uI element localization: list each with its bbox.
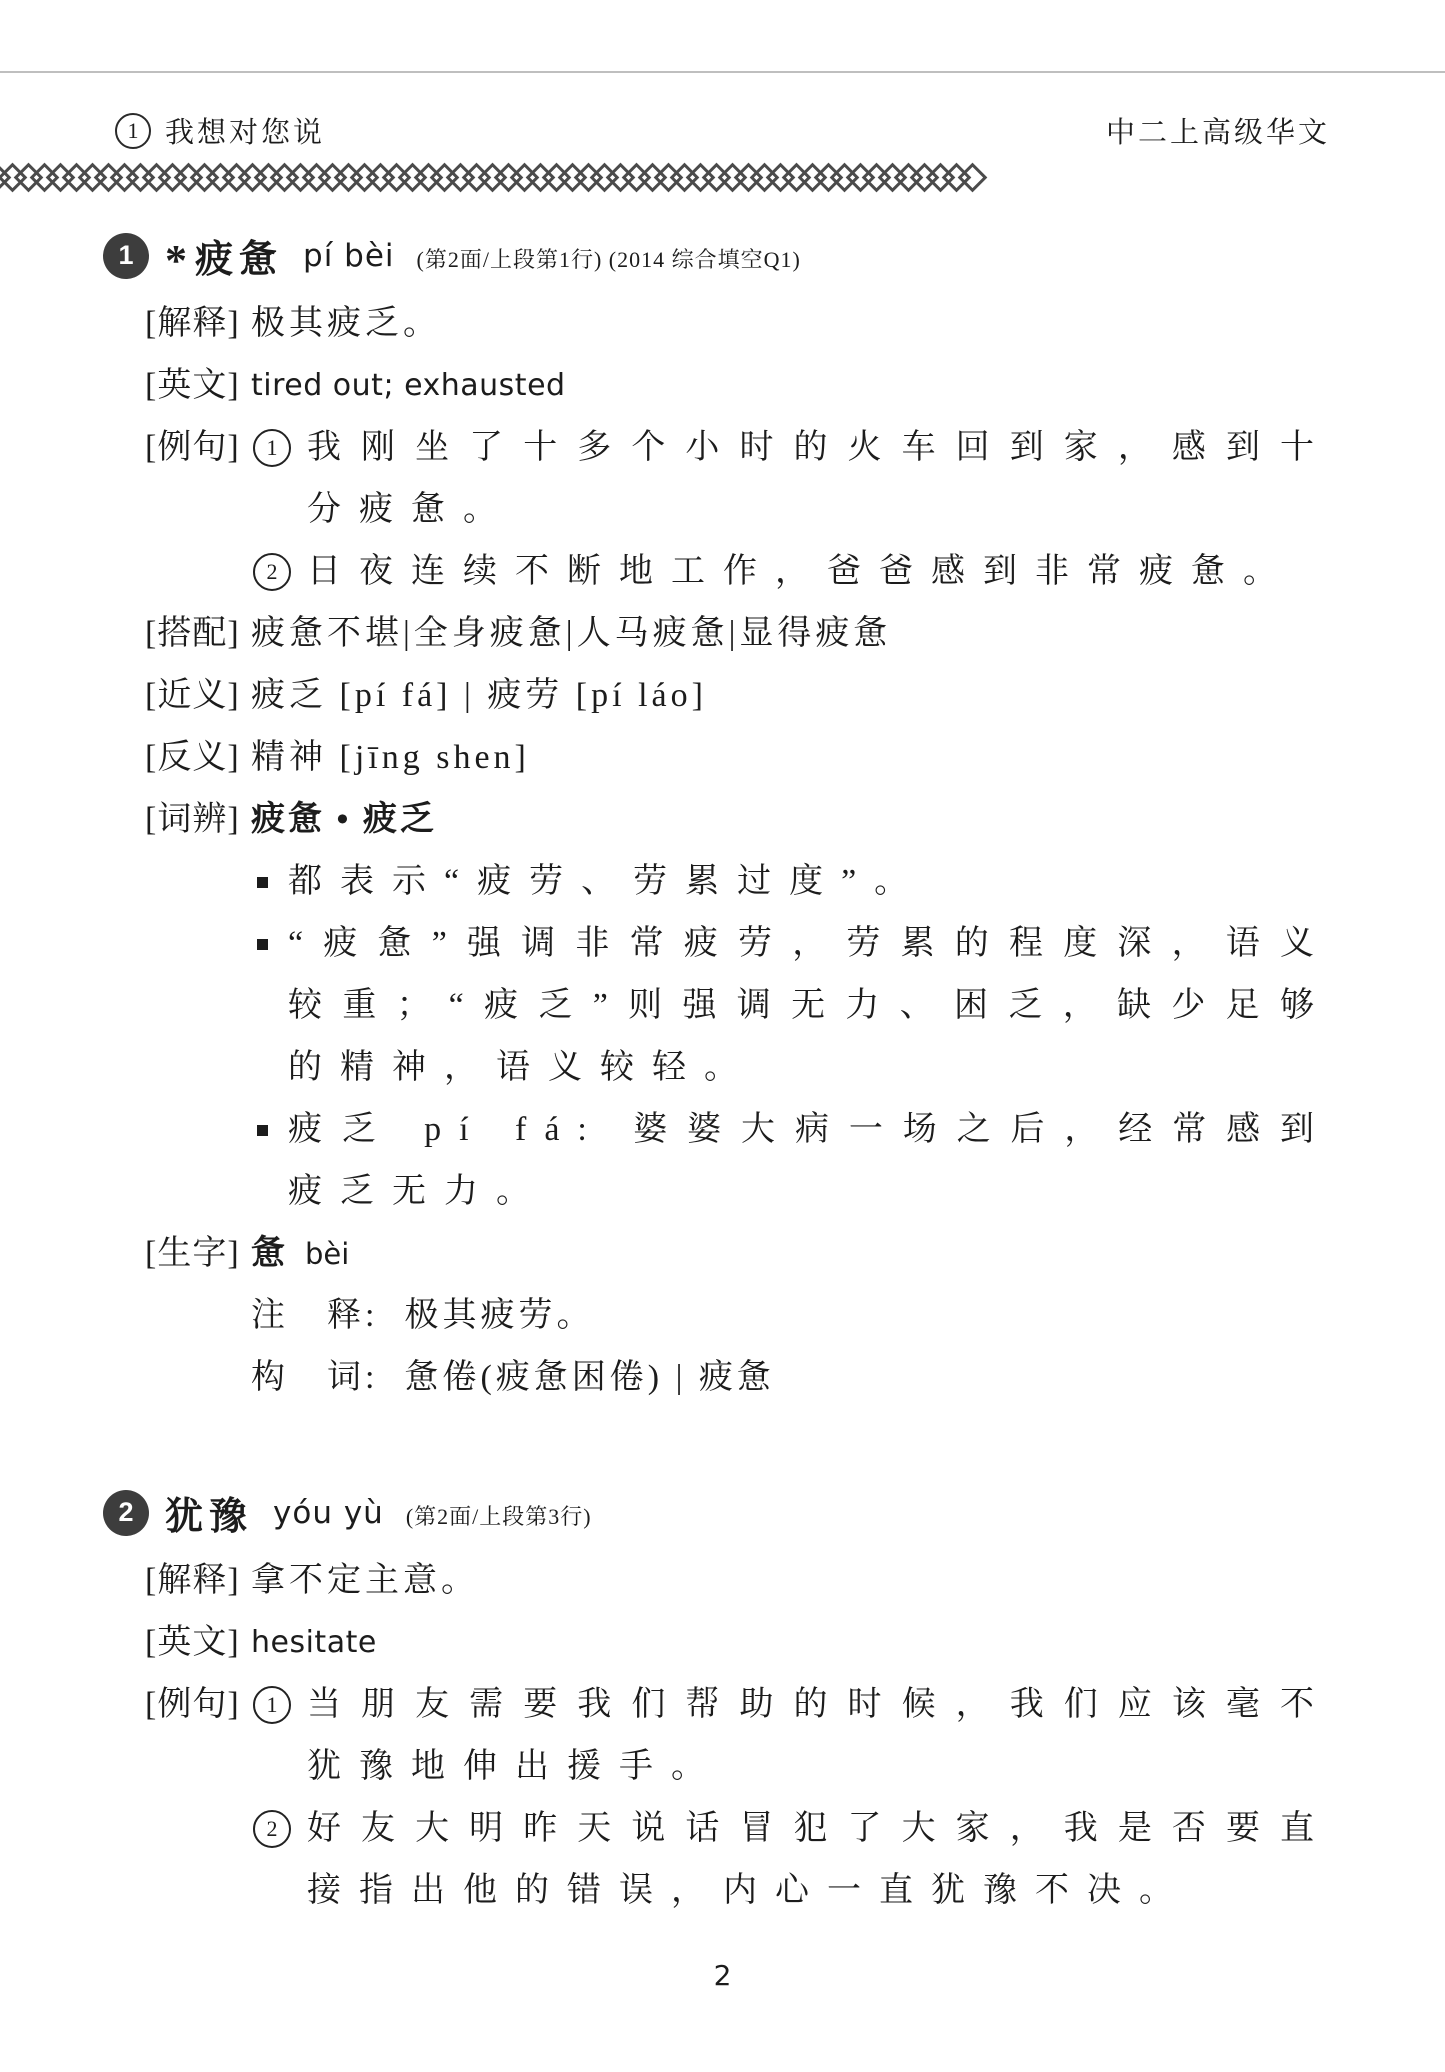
definition-row: [解释] 极其疲乏。 xyxy=(145,293,1332,355)
chapter-number: 1 xyxy=(128,118,139,144)
definition-row: [解释] 拿不定主意。 xyxy=(145,1550,1332,1612)
example-text: 好友大明昨天说话冒犯了大家，我是否要直接指出他的错误，内心一直犹豫不决。 xyxy=(307,1798,1332,1922)
entry-1: 1 * 疲惫 pí bèi (第2面/上段第1行) (2014 综合填空Q1) … xyxy=(145,228,1332,1409)
word-pair: 疲惫 • 疲乏 xyxy=(251,789,1332,851)
headword: 疲惫 xyxy=(195,228,283,283)
discrimination-point: 都表示“疲劳、劳累过度”。 xyxy=(251,851,1332,913)
english-row: [英文] hesitate xyxy=(145,1612,1332,1674)
example-number: 1 xyxy=(267,1674,278,1736)
synonym-text: 疲乏 [pí fá] | 疲劳 [pí láo] xyxy=(251,665,707,727)
star-marker: * xyxy=(165,235,187,286)
textbook-page: 1 我想对您说 中二上高级华文 1 * 疲惫 pí bèi (第2面/上段第1行… xyxy=(0,0,1445,2072)
discrimination-point: 疲乏 pí fá: 婆婆大病一场之后，经常感到疲乏无力。 xyxy=(251,1099,1332,1223)
example-text: 日夜连续不断地工作，爸爸感到非常疲惫。 xyxy=(307,541,1332,603)
examples-row: [例句] 1 我刚坐了十多个小时的火车回到家，感到十分疲惫。 2 日夜连续不断地… xyxy=(145,417,1332,603)
circled-number-icon: 1 xyxy=(253,429,291,467)
headword-pinyin: yóu yù xyxy=(273,1495,384,1531)
collocation-row: [搭配] 疲惫不堪|全身疲惫|人马疲惫|显得疲惫 xyxy=(145,603,1332,665)
new-character-row: [生字] 惫bèi 注 释:极其疲劳。 构 词:惫倦(疲惫困倦) | 疲惫 xyxy=(145,1223,1332,1409)
word-discrimination-label: [词辨] xyxy=(145,789,251,851)
entry-2-heading: 2 犹豫 yóu yù (第2面/上段第3行) xyxy=(103,1485,1332,1540)
new-character-body: 惫bèi 注 释:极其疲劳。 构 词:惫倦(疲惫困倦) | 疲惫 xyxy=(251,1223,1332,1409)
square-bullet-icon xyxy=(257,877,268,888)
discrimination-text: 都表示“疲劳、劳累过度”。 xyxy=(288,851,1332,913)
word-formation-label: 构 词: xyxy=(251,1359,378,1396)
book-title: 中二上高级华文 xyxy=(1106,110,1330,151)
antonym-label: [反义] xyxy=(145,727,251,789)
discrimination-text: “疲惫”强调非常疲劳，劳累的程度深，语义较重；“疲乏”则强调无力、困乏，缺少足够… xyxy=(288,913,1332,1099)
page-header: 1 我想对您说 中二上高级华文 xyxy=(115,110,1330,151)
diamond-chain-divider xyxy=(0,158,1445,196)
definition-label: [解释] xyxy=(145,1550,251,1612)
entry-number-badge: 2 xyxy=(103,1490,149,1536)
new-character-line: 惫bèi xyxy=(251,1223,1332,1285)
english-text: hesitate xyxy=(251,1612,377,1674)
example-number: 2 xyxy=(267,541,278,603)
circled-number-icon: 1 xyxy=(253,1686,291,1724)
source-reference: (第2面/上段第3行) xyxy=(406,1500,592,1531)
headword-pinyin: pí bèi xyxy=(303,238,395,274)
new-character-label: [生字] xyxy=(145,1223,251,1285)
discrimination-text: 疲乏 pí fá: 婆婆大病一场之后，经常感到疲乏无力。 xyxy=(288,1099,1332,1223)
discrimination-point: “疲惫”强调非常疲劳，劳累的程度深，语义较重；“疲乏”则强调无力、困乏，缺少足够… xyxy=(251,913,1332,1099)
examples-row: [例句] 1 当朋友需要我们帮助的时候，我们应该毫不犹豫地伸出援手。 2 好友大… xyxy=(145,1674,1332,1922)
entry-1-heading: 1 * 疲惫 pí bèi (第2面/上段第1行) (2014 综合填空Q1) xyxy=(103,228,1332,283)
source-reference: (第2面/上段第1行) (2014 综合填空Q1) xyxy=(417,243,801,274)
example-text: 我刚坐了十多个小时的火车回到家，感到十分疲惫。 xyxy=(307,417,1332,541)
entry-number: 2 xyxy=(118,1497,133,1528)
english-row: [英文] tired out; exhausted xyxy=(145,355,1332,417)
examples-label: [例句] xyxy=(145,417,251,479)
entry-2: 2 犹豫 yóu yù (第2面/上段第3行) [解释] 拿不定主意。 [英文]… xyxy=(145,1485,1332,1922)
word-formation-line: 构 词:惫倦(疲惫困倦) | 疲惫 xyxy=(251,1347,1332,1409)
chapter-header: 1 我想对您说 xyxy=(115,110,325,151)
english-text: tired out; exhausted xyxy=(251,355,566,417)
entry-number-badge: 1 xyxy=(103,233,149,279)
example-number: 2 xyxy=(267,1798,278,1860)
chapter-title: 我想对您说 xyxy=(165,110,325,151)
word-formation-text: 惫倦(疲惫困倦) | 疲惫 xyxy=(404,1359,774,1396)
example-text: 当朋友需要我们帮助的时候，我们应该毫不犹豫地伸出援手。 xyxy=(307,1674,1332,1798)
examples-label: [例句] xyxy=(145,1674,251,1736)
example-list: 1 我刚坐了十多个小时的火车回到家，感到十分疲惫。 2 日夜连续不断地工作，爸爸… xyxy=(251,417,1332,603)
chapter-number-circle-icon: 1 xyxy=(115,113,151,149)
square-bullet-icon xyxy=(257,1125,268,1136)
diamond-icon xyxy=(957,162,987,192)
annotation-text: 极其疲劳。 xyxy=(404,1297,594,1334)
antonym-text: 精神 [jīng shen] xyxy=(251,727,530,789)
circled-number-icon: 2 xyxy=(253,553,291,591)
example-item: 1 当朋友需要我们帮助的时候，我们应该毫不犹豫地伸出援手。 xyxy=(251,1674,1332,1798)
new-character-pinyin: bèi xyxy=(305,1237,349,1271)
example-item: 2 日夜连续不断地工作，爸爸感到非常疲惫。 xyxy=(251,541,1332,603)
antonym-row: [反义] 精神 [jīng shen] xyxy=(145,727,1332,789)
headword: 犹豫 xyxy=(165,1485,253,1540)
square-bullet-icon xyxy=(257,939,268,950)
synonym-label: [近义] xyxy=(145,665,251,727)
collocation-label: [搭配] xyxy=(145,603,251,665)
new-character: 惫 xyxy=(251,1235,289,1272)
word-discrimination-row: [词辨] 疲惫 • 疲乏 都表示“疲劳、劳累过度”。 “疲惫”强调非常疲劳，劳累… xyxy=(145,789,1332,1223)
example-item: 2 好友大明昨天说话冒犯了大家，我是否要直接指出他的错误，内心一直犹豫不决。 xyxy=(251,1798,1332,1922)
scan-artifact-line xyxy=(0,71,1445,73)
annotation-line: 注 释:极其疲劳。 xyxy=(251,1285,1332,1347)
word-discrimination-body: 疲惫 • 疲乏 都表示“疲劳、劳累过度”。 “疲惫”强调非常疲劳，劳累的程度深，… xyxy=(251,789,1332,1223)
entry-number: 1 xyxy=(118,240,133,271)
page-content: 1 * 疲惫 pí bèi (第2面/上段第1行) (2014 综合填空Q1) … xyxy=(145,206,1332,1922)
example-item: 1 我刚坐了十多个小时的火车回到家，感到十分疲惫。 xyxy=(251,417,1332,541)
page-number: 2 xyxy=(0,1959,1445,1992)
synonym-row: [近义] 疲乏 [pí fá] | 疲劳 [pí láo] xyxy=(145,665,1332,727)
annotation-label: 注 释: xyxy=(251,1297,378,1334)
english-label: [英文] xyxy=(145,355,251,417)
definition-text: 极其疲乏。 xyxy=(251,293,441,355)
definition-text: 拿不定主意。 xyxy=(251,1550,479,1612)
example-list: 1 当朋友需要我们帮助的时候，我们应该毫不犹豫地伸出援手。 2 好友大明昨天说话… xyxy=(251,1674,1332,1922)
example-number: 1 xyxy=(267,417,278,479)
circled-number-icon: 2 xyxy=(253,1810,291,1848)
definition-label: [解释] xyxy=(145,293,251,355)
english-label: [英文] xyxy=(145,1612,251,1674)
collocation-text: 疲惫不堪|全身疲惫|人马疲惫|显得疲惫 xyxy=(251,603,891,665)
